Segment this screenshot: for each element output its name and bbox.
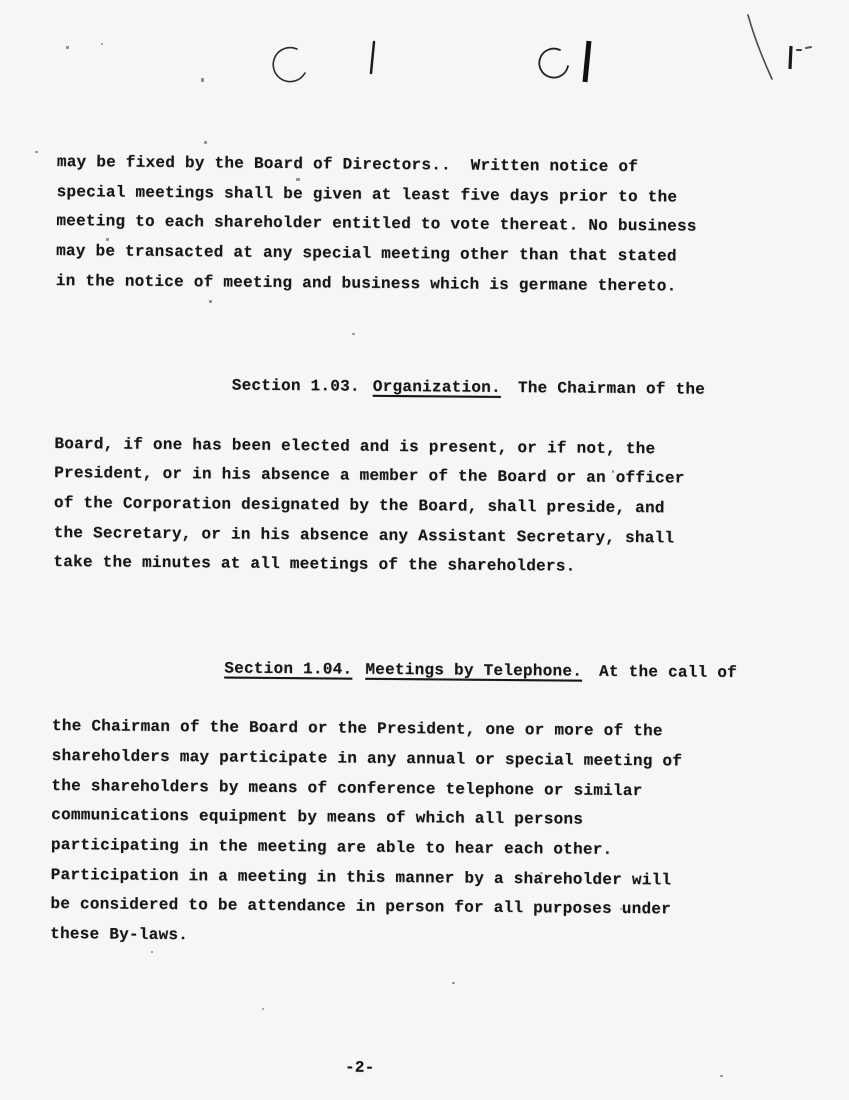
section-1-04-heading: Section 1.04.Meetings by Telephone.At th… <box>52 623 733 718</box>
section-1-03-label: Section 1.03. <box>232 377 360 396</box>
noise-speck <box>66 46 69 49</box>
text-line: take the minutes at all meetings of the … <box>53 548 733 584</box>
noise-speck <box>35 151 38 153</box>
hole-punch-circle-right-icon <box>539 49 568 78</box>
paragraph-section-1-04: Section 1.04.Meetings by Telephone.At th… <box>50 623 733 956</box>
section-1-04-heading-rest: At the call of <box>599 663 737 682</box>
page-number: -2- <box>345 1054 375 1084</box>
noise-speck <box>151 951 153 953</box>
text-line: in the notice of meeting and business wh… <box>56 267 736 303</box>
ink-bar-right-icon <box>585 41 589 82</box>
noise-speck <box>262 1008 264 1010</box>
scanned-document-page: may be fixed by the Board of Directors..… <box>0 0 849 1100</box>
scratch-diagonal-corner-icon <box>748 15 772 79</box>
section-1-04-label: Section 1.04. <box>224 659 352 678</box>
ink-tick-corner-icon <box>790 46 791 69</box>
paragraph-special-meetings: may be fixed by the Board of Directors..… <box>56 148 737 302</box>
ink-tick-left-icon <box>371 42 374 73</box>
noise-speck <box>720 1075 723 1077</box>
section-1-03-heading-rest: The Chairman of the <box>518 379 705 399</box>
noise-speck <box>452 982 455 984</box>
document-body: may be fixed by the Board of Directors..… <box>50 148 737 956</box>
noise-speck <box>201 78 204 82</box>
section-1-03-heading: Section 1.03.Organization.The Chairman o… <box>55 341 736 436</box>
noise-speck <box>204 141 207 144</box>
hole-punch-circle-left-icon <box>273 48 305 82</box>
section-1-04-title: Meetings by Telephone. <box>365 661 582 681</box>
ink-dash-corner-2-icon <box>806 47 811 48</box>
noise-speck <box>101 43 103 45</box>
section-1-03-title: Organization. <box>373 378 501 397</box>
text-line: these By-laws. <box>50 920 730 956</box>
paragraph-section-1-03: Section 1.03.Organization.The Chairman o… <box>53 341 735 585</box>
